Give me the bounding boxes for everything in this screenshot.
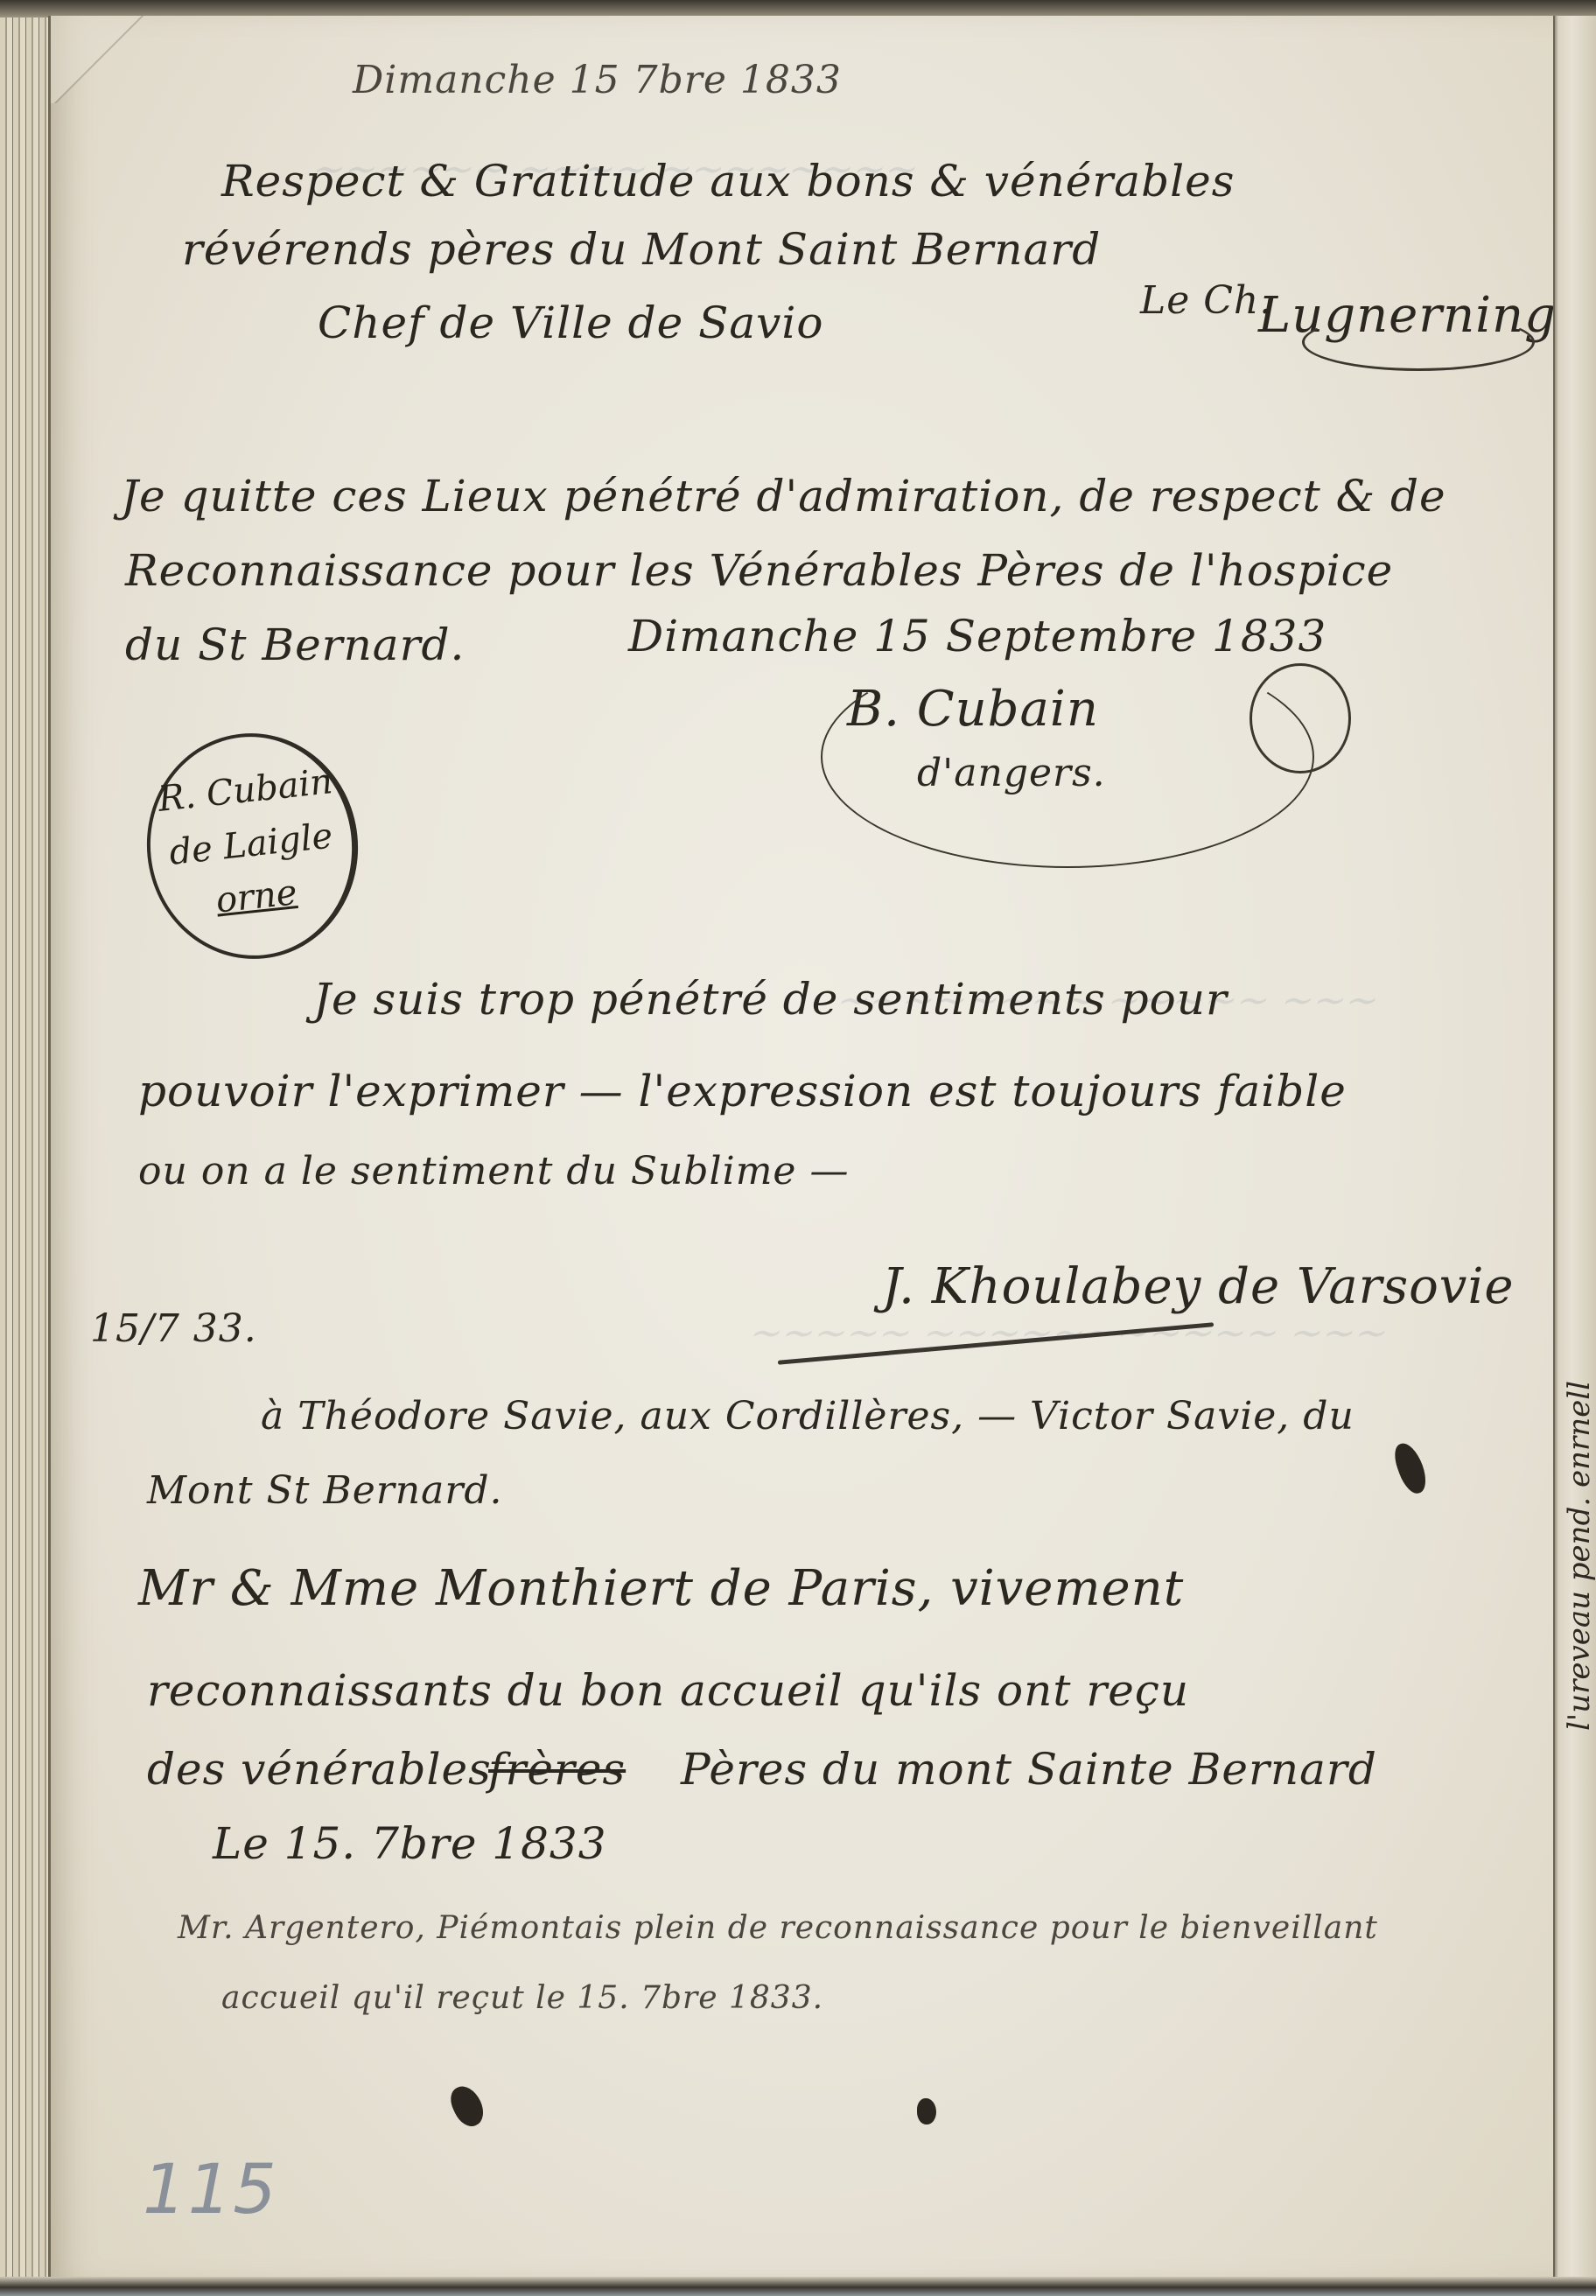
bleed-through-text: ~~~~~ ~~~~~~~~~~~ ~~~: [744, 1311, 1396, 1355]
entry-3-signature: J. Khoulabey de Varsovie: [882, 1258, 1515, 1315]
ink-blot: [445, 2081, 488, 2131]
entry-3-line-1: Je suis trop pénétré de sentiments pour: [313, 974, 1228, 1025]
entry-5-line-1: Mr & Mme Monthiert de Paris, vivement: [138, 1560, 1184, 1617]
signature-loop: [821, 646, 1314, 868]
stamp-line-2: de Laigle: [149, 814, 353, 875]
signature-flourish: [1302, 313, 1535, 371]
entry-4-margin-date: 15/7 33.: [90, 1306, 257, 1351]
entry-5-line-4: Pères du mont Sainte Bernard: [681, 1744, 1377, 1795]
manuscript-page: ~~~~~~ ~~~~ ~~~~~~~~ ~~~~~~~~ ~~~~~ ~~~ …: [48, 16, 1556, 2280]
adjacent-page-margin-text: l'ureveau pend. enrnell: [1562, 1381, 1596, 1731]
entry-2-line-3: du St Bernard.: [125, 619, 465, 670]
signature-underline: [778, 1322, 1214, 1365]
folded-corner: [51, 16, 147, 103]
monogram-flourish: [1249, 663, 1351, 773]
pencil-page-number: 115: [143, 2151, 278, 2229]
entry-1-signature-prefix: Le Ch.: [1140, 278, 1272, 323]
entry-2-line-2: Reconnaissance pour les Vénérables Pères…: [125, 545, 1393, 596]
entry-3-line-2: pouvoir l'exprimer — l'expression est to…: [138, 1066, 1347, 1116]
entry-1-signature-left: Chef de Ville de Savio: [318, 297, 824, 348]
circular-name-stamp: R. Cubain de Laigle orne: [136, 723, 369, 969]
entry-5-struck-word: frères: [488, 1744, 626, 1795]
book-bottom-edge: [0, 2277, 1596, 2296]
entry-1-line-1: Respect & Gratitude aux bons & vénérable…: [221, 156, 1235, 206]
stamp-line-3: orne: [154, 866, 359, 927]
entry-1-line-2: révérends pères du Mont Saint Bernard: [182, 224, 1101, 275]
entry-1-date: Dimanche 15 7bre 1833: [353, 58, 842, 102]
entry-3-line-3: ou on a le sentiment du Sublime —: [138, 1149, 849, 1193]
adjacent-page-gutter: l'ureveau pend. enrnell: [1553, 16, 1596, 2280]
entry-5-line-2: reconnaissants du bon accueil qu'ils ont…: [147, 1665, 1189, 1716]
entry-2-line-1: Je quitte ces Lieux pénétré d'admiration…: [121, 471, 1446, 521]
entry-6-line-1: Mr. Argentero, Piémontais plein de recon…: [178, 1910, 1378, 1946]
stamp-line-1: R. Cubain: [143, 760, 348, 822]
entry-4-line-2: Mont St Bernard.: [147, 1468, 503, 1513]
entry-5-line-3: des vénérables: [147, 1744, 492, 1795]
ink-blot: [1390, 1439, 1431, 1497]
entry-5-date: Le 15. 7bre 1833: [213, 1818, 607, 1869]
entry-4-line-1: à Théodore Savie, aux Cordillères, — Vic…: [261, 1394, 1354, 1438]
ink-blot: [917, 2098, 936, 2124]
entry-6-line-2: accueil qu'il reçut le 15. 7bre 1833.: [221, 1980, 823, 2016]
